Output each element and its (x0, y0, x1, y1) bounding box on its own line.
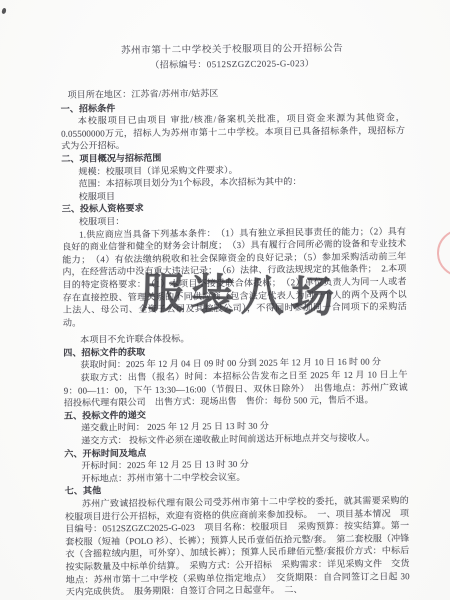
ink-speck (1, 7, 7, 14)
document-tender-number: （招标编号：0512SZGZC2025-G-023） (60, 56, 404, 73)
paragraph: 本校服项目已由项目 审批/核准/备案机关批准，项目资金来源为其他资金，0.055… (61, 111, 405, 152)
red-seal-edge (437, 229, 450, 277)
document-page: 苏州市第十二中学校关于校服项目的公开招标公告 （招标编号：0512SZGZC20… (0, 0, 450, 600)
paragraph: 获取方式：出售（报名）时间：本招标公告发布之日至 2025 年 12 月 10 … (64, 368, 408, 409)
paragraph: 1.供应商应当具备下列基本条件： （1）具有独立承担民事责任的能力；（2）具有良… (62, 225, 407, 329)
paragraph: 苏州广致诚招投标代理有限公司受苏州市第十二中学校的委托，就其需要采购的校服项目进… (65, 494, 410, 598)
doc-body: 项目所在地区：江苏省/苏州市/姑苏区一、招标条件本校服项目已由项目 审批/核准/… (61, 85, 410, 598)
document-content: 苏州市第十二中学校关于校服项目的公开招标公告 （招标编号：0512SZGZC20… (60, 42, 410, 598)
